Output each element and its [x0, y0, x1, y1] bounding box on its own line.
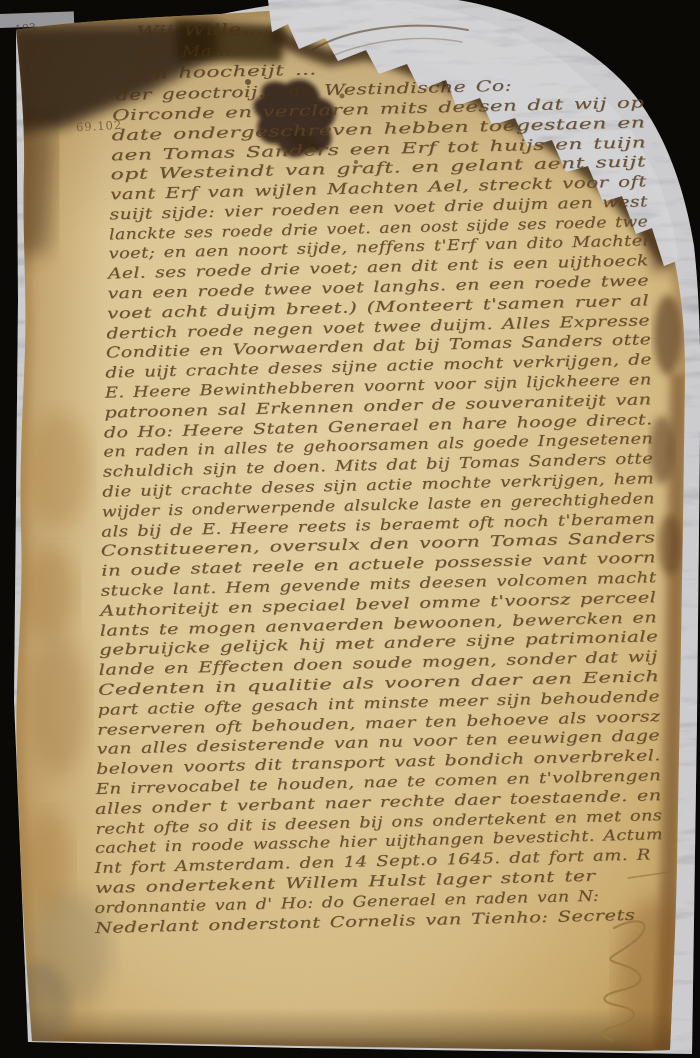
manuscript-scan: 103 69.102 Wij Wille…Ho: Ma…sijn hoochei… [0, 0, 700, 1058]
parchment-artwork [0, 0, 700, 1058]
